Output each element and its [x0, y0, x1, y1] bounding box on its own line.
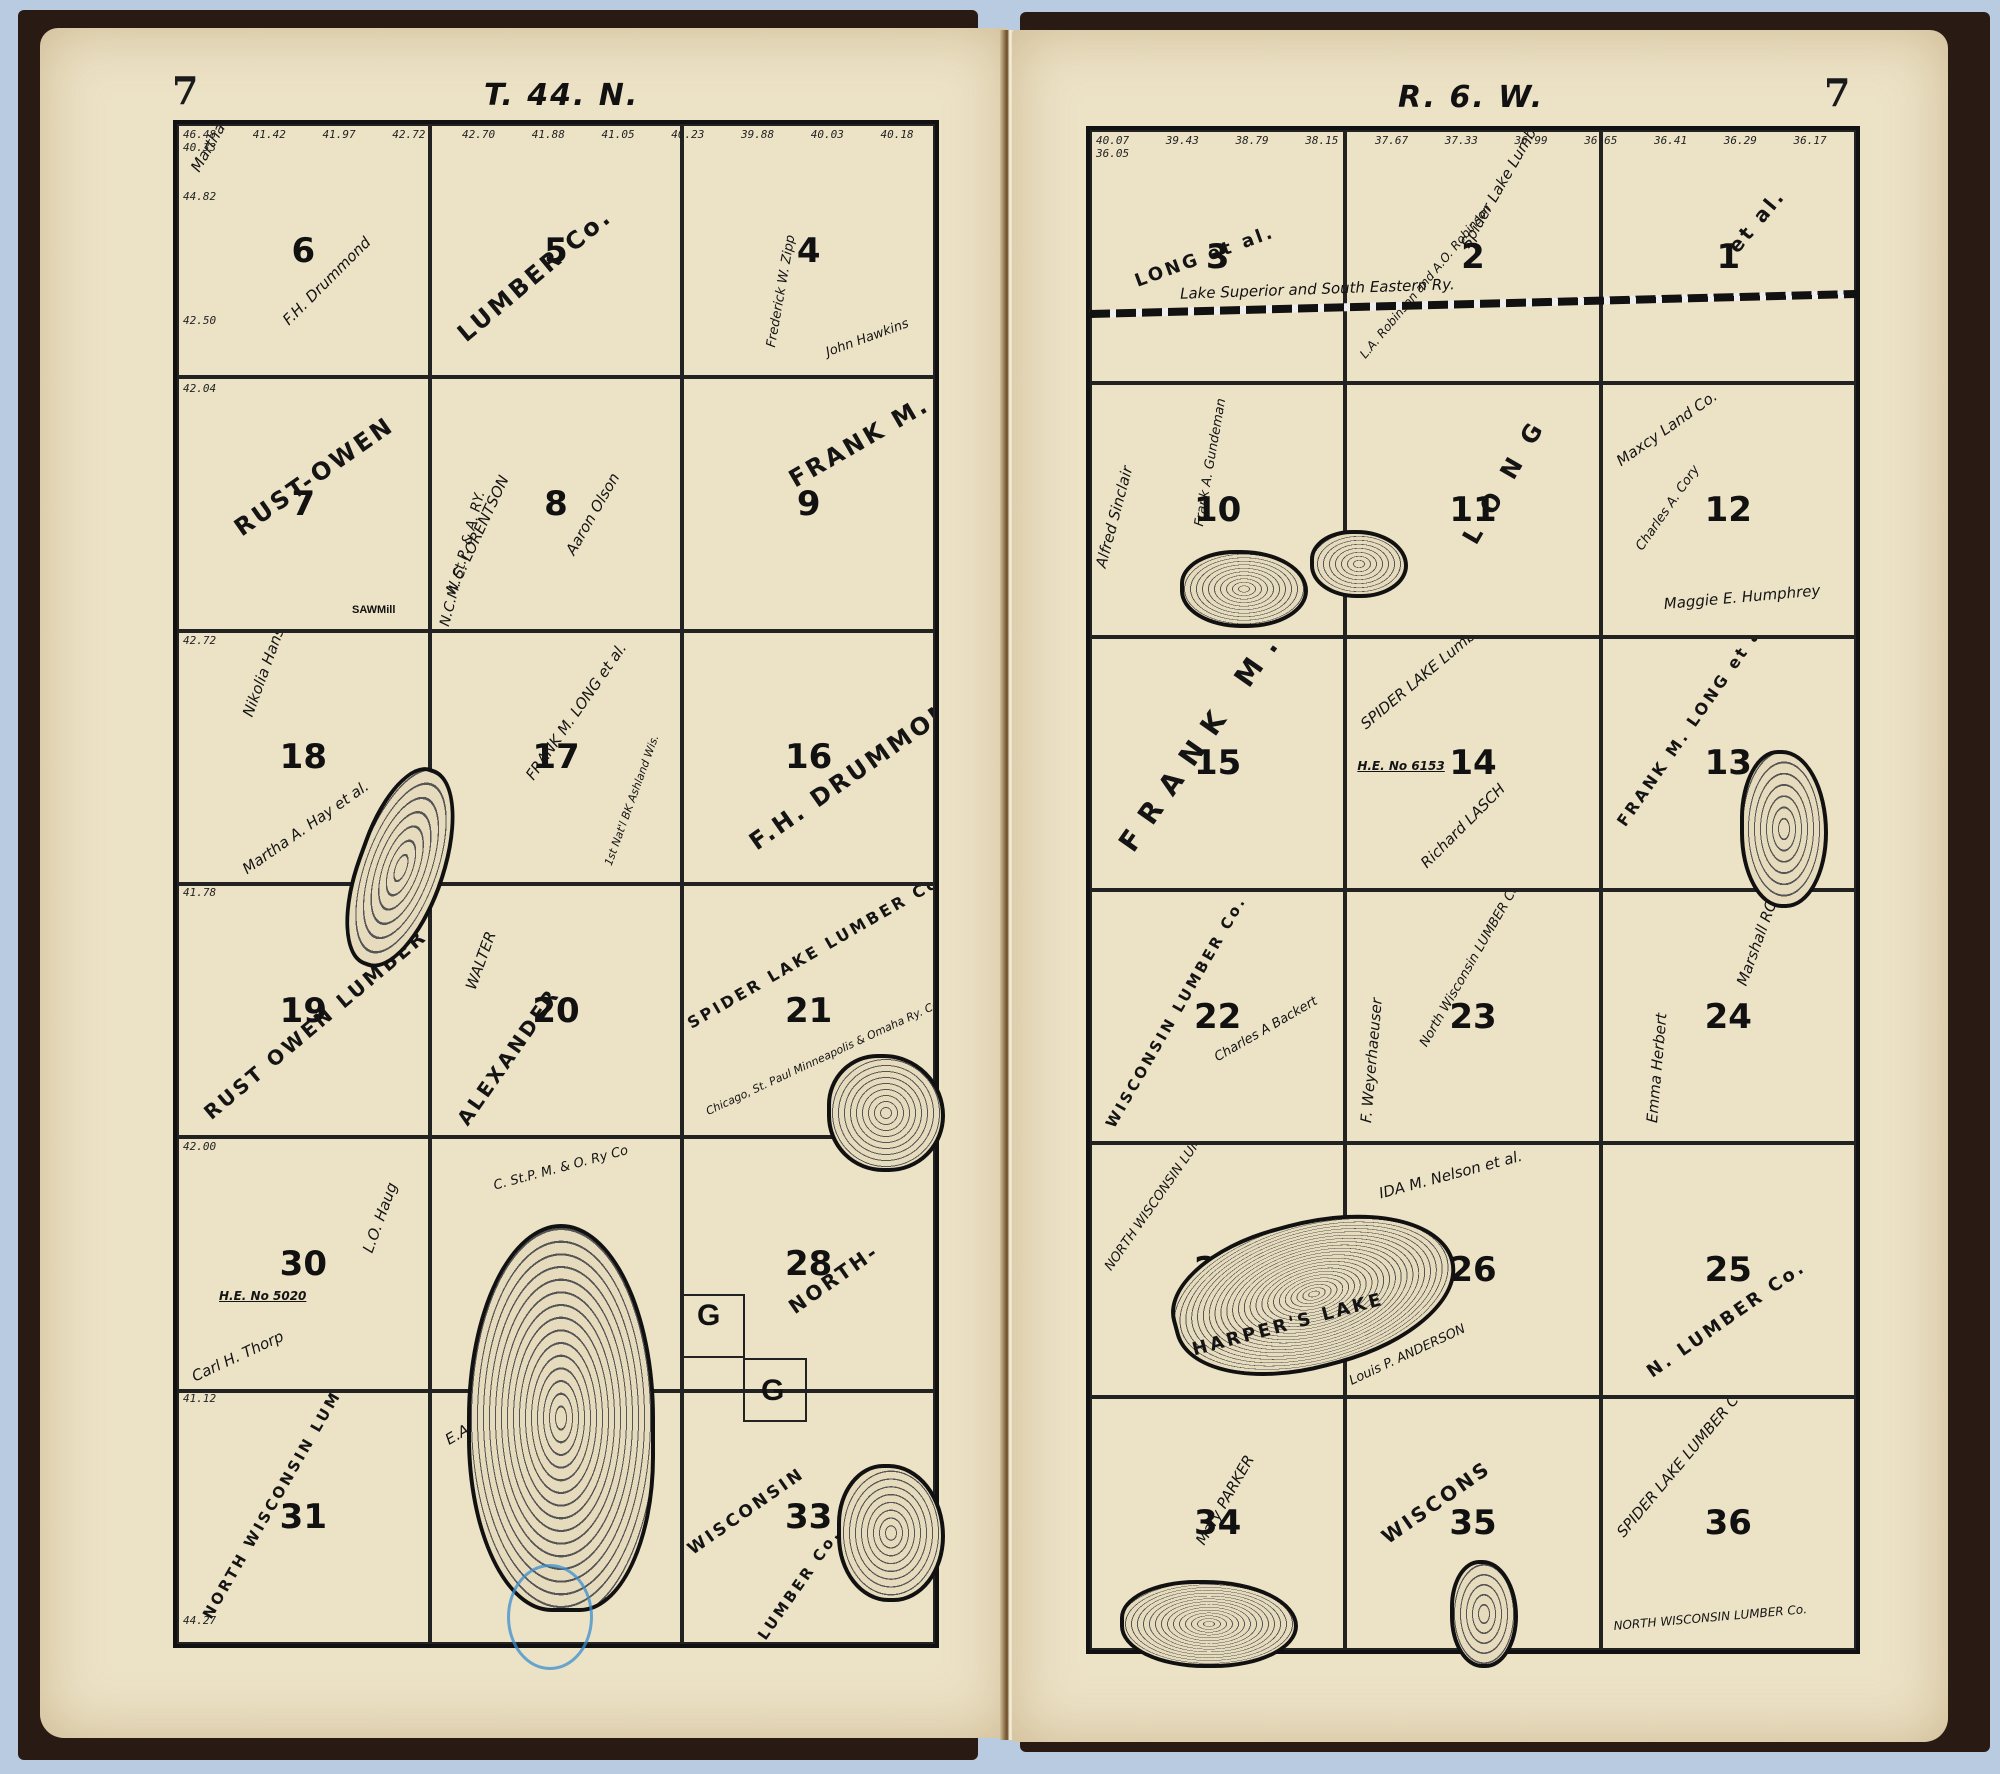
- owner-label: Nikolia Hanson: [239, 631, 294, 719]
- section-8[interactable]: 8 N.C. LORENTSON Aaron Olson: [430, 377, 683, 630]
- lake-sec34: [1120, 1580, 1298, 1668]
- section-2[interactable]: 2 Spider Lake Lumber Co L.A. Robinson an…: [1345, 130, 1600, 383]
- section-23[interactable]: 23 F. Weyerhaeuser North Wisconsin LUMBE…: [1345, 890, 1600, 1143]
- owner-label: ALEXANDER: [452, 983, 565, 1130]
- acreage-left-col-1: 44.82: [183, 190, 216, 203]
- lake-sec29-32: [467, 1224, 655, 1612]
- section-14[interactable]: 14 SPIDER LAKE Lumber Co. H.E. No 6153 R…: [1345, 637, 1600, 890]
- parcel-box: [743, 1358, 807, 1422]
- lake-sec35: [1450, 1560, 1518, 1668]
- section-6[interactable]: 6 Martha L. Vennekalt F.H. Drummond: [177, 124, 430, 377]
- acreage-top-row: 40.07 39.43 38.79 38.15 37.67 37.33 36.9…: [1096, 134, 1856, 160]
- owner-label: LUMBER Co.: [754, 1525, 844, 1643]
- lake-sec21: [827, 1054, 945, 1172]
- lake-sec10: [1180, 550, 1308, 628]
- township-map-left: 6 Martha L. Vennekalt F.H. Drummond 5 LU…: [173, 120, 939, 1648]
- section-12[interactable]: 12 Maxcy Land Co. Maggie E. Humphrey Cha…: [1601, 383, 1856, 636]
- section-7[interactable]: 7 RUST-OWEN: [177, 377, 430, 630]
- section-16[interactable]: 16 F.H. DRUMMOND: [682, 631, 935, 884]
- section-grid-right: 3 LONG et al. 2 Spider Lake Lumber Co L.…: [1090, 130, 1856, 1650]
- owner-label: Charles A. Cory: [1633, 463, 1703, 554]
- township-header: T. 44. N.: [484, 78, 639, 113]
- owner-label: SPIDER LAKE Lumber Co.: [1357, 637, 1513, 733]
- section-24[interactable]: 24 Emma Herbert Marshall ROY: [1601, 890, 1856, 1143]
- acreage-left-col-2: 42.50: [183, 314, 216, 327]
- page-number-right: 7: [1824, 70, 1850, 115]
- owner-label: Alfred Sinclair: [1092, 464, 1136, 570]
- section-11[interactable]: 11 LONG: [1345, 383, 1600, 636]
- section-25[interactable]: 25 N. LUMBER Co.: [1601, 1143, 1856, 1396]
- section-36[interactable]: 36 SPIDER LAKE LUMBER Co. NORTH WISCONSI…: [1601, 1397, 1856, 1650]
- section-20[interactable]: 20 ALEXANDER WALTER: [430, 884, 683, 1137]
- section-4[interactable]: 4 Frederick W. Zipp John Hawkins: [682, 124, 935, 377]
- acreage-left-col-4: 42.72: [183, 634, 216, 647]
- acreage-left-col-8: 44.27: [183, 1614, 216, 1627]
- section-15[interactable]: 15 FRANK M.: [1090, 637, 1345, 890]
- owner-label: LUMBER Co.: [452, 202, 618, 347]
- owner-label: C. St.P. M. & O. Ry Co: [492, 1143, 630, 1193]
- owner-label: et al.: [1723, 184, 1790, 258]
- owner-label: IDA M. Nelson et al.: [1377, 1147, 1524, 1203]
- acreage-left-col-3: 42.04: [183, 382, 216, 395]
- section-5[interactable]: 5 LUMBER Co.: [430, 124, 683, 377]
- owner-label: John Hawkins: [824, 316, 911, 360]
- owner-label: Carl H. Thorp: [189, 1327, 286, 1385]
- lake-sec11: [1310, 530, 1408, 598]
- range-header: R. 6. W.: [1398, 80, 1544, 115]
- page-number-left: 7: [172, 68, 198, 113]
- section-22[interactable]: 22 WISCONSIN LUMBER Co. Charles A Backer…: [1090, 890, 1345, 1143]
- acreage-left-col-5: 41.78: [183, 886, 216, 899]
- owner-label: H.E. No 5020: [219, 1289, 306, 1303]
- acreage-left-col-7: 41.12: [183, 1392, 216, 1405]
- owner-label: FRANK M.: [784, 391, 934, 494]
- parcel-box: [681, 1294, 745, 1358]
- township-map-right: 3 LONG et al. 2 Spider Lake Lumber Co L.…: [1086, 126, 1860, 1654]
- owner-label: FRANK M.: [1112, 637, 1293, 858]
- owner-label: H.E. No 6153: [1357, 759, 1444, 773]
- owner-label: Frederick W. Zipp: [764, 234, 799, 349]
- owner-label: LONG: [1457, 401, 1559, 549]
- owner-label: Emma Herbert: [1643, 1012, 1671, 1123]
- right-page: R. 6. W. 7 3 LONG et al. 2 Spider Lake L…: [1012, 30, 1948, 1742]
- owner-label: Maggie E. Humphrey: [1663, 582, 1821, 614]
- owner-label: Maxcy Land Co.: [1613, 387, 1721, 470]
- blue-pencil-mark: [507, 1564, 593, 1670]
- acreage-left-col-6: 42.00: [183, 1140, 216, 1153]
- owner-label: L.O. Haug: [359, 1180, 401, 1255]
- acreage-top-row: 46.48 41.42 41.97 42.72 42.70 41.88 41.0…: [183, 128, 935, 154]
- section-31[interactable]: 31 NORTH WISCONSIN LUMBER Co.: [177, 1391, 430, 1644]
- section-17[interactable]: 17 FRANK M. LONG et al. 1st Nat'l BK Ash…: [430, 631, 683, 884]
- left-page: 7 T. 44. N. 6 Martha L. Vennekalt F.H. D…: [40, 28, 1008, 1738]
- section-9[interactable]: 9 FRANK M.: [682, 377, 935, 630]
- section-30[interactable]: 30 H.E. No 5020 Carl H. Thorp L.O. Haug: [177, 1137, 430, 1390]
- owner-label: F. Weyerhaeuser: [1357, 997, 1386, 1123]
- owner-label: WALTER: [462, 929, 500, 992]
- sawmill-label: SAWMill: [352, 604, 395, 616]
- owner-label: 1st Nat'l BK Ashland Wis.: [602, 733, 662, 867]
- lake-sec33: [837, 1464, 945, 1602]
- owner-label: Richard LASCH: [1417, 780, 1509, 872]
- owner-label: F.H. DRUMMOND: [744, 681, 935, 856]
- owner-label: NORTH WISCONSIN LUMBER Co.: [1613, 1602, 1808, 1633]
- owner-label: Martha A. Hay et al.: [239, 777, 372, 878]
- section-3[interactable]: 3 LONG et al.: [1090, 130, 1345, 383]
- owner-label: Aaron Olson: [562, 470, 623, 558]
- section-1[interactable]: 1 et al.: [1601, 130, 1856, 383]
